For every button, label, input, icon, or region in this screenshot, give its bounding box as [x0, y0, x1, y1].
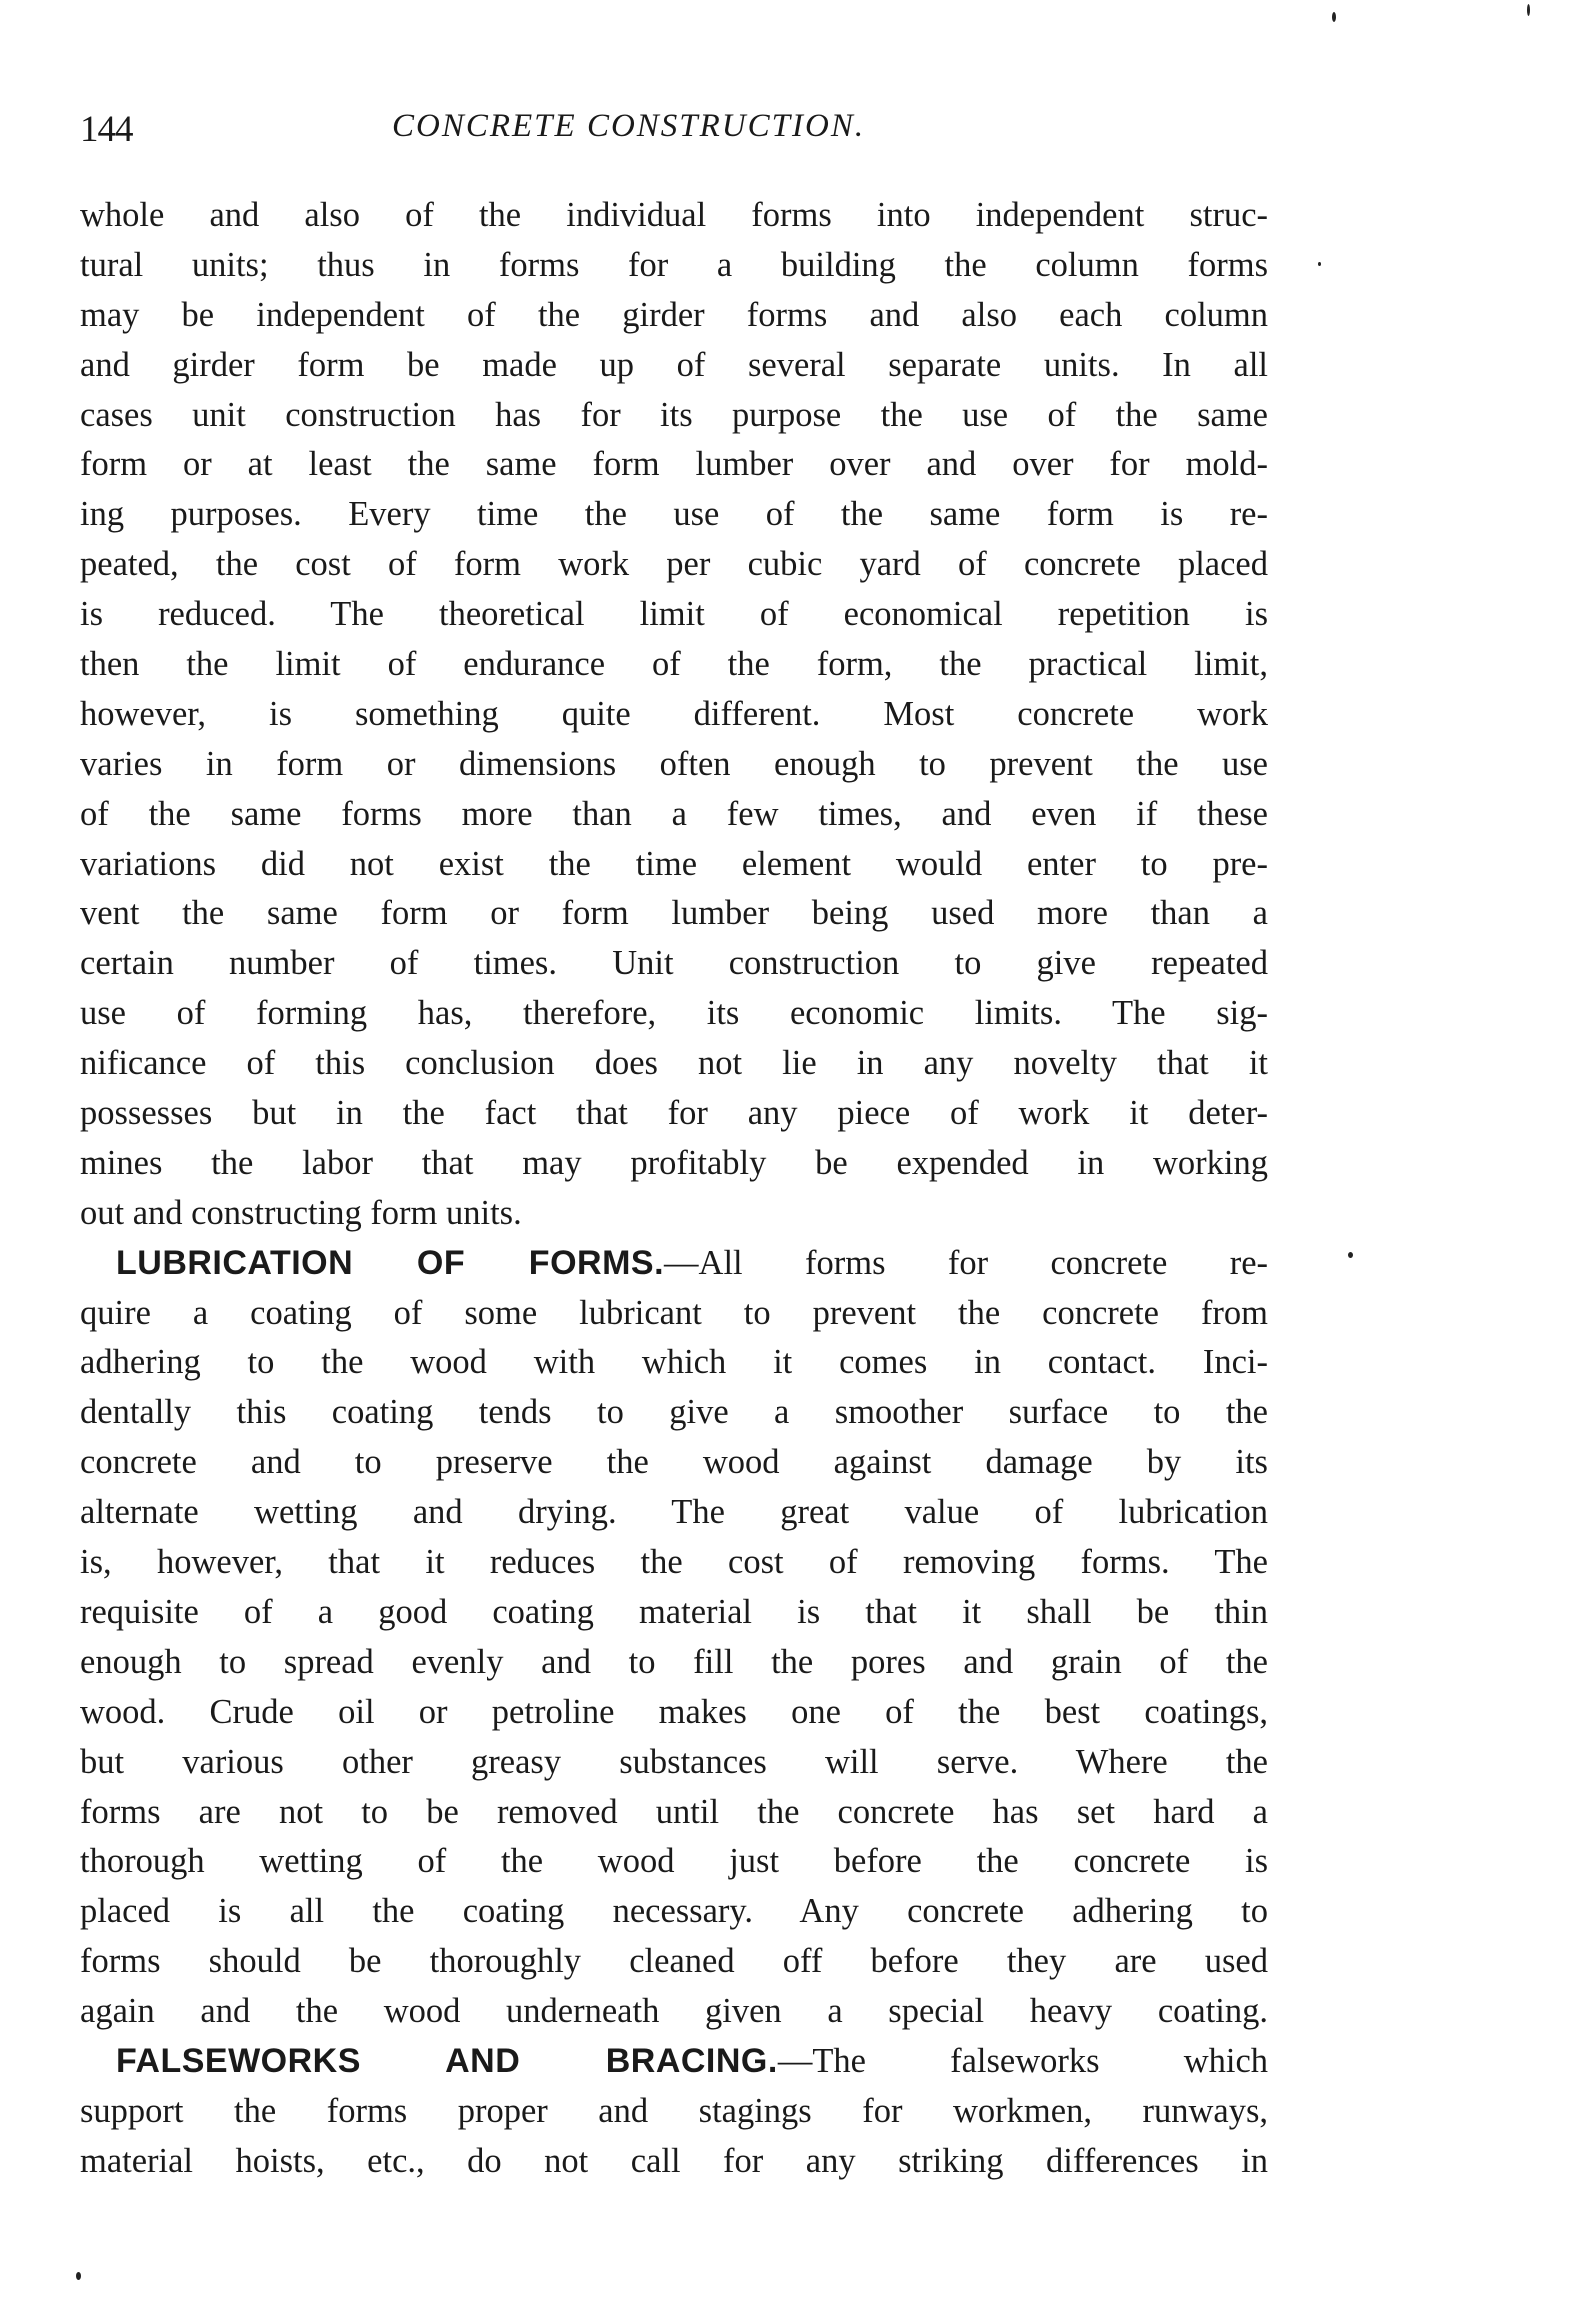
text-line: nificance of this conclusion does not li… [80, 1039, 1268, 1089]
paragraph-falseworks-and-bracing: FALSEWORKS AND BRACING.—The falseworks w… [80, 2037, 1268, 2187]
paragraph-lubrication-of-forms: LUBRICATION OF FORMS.—All forms for conc… [80, 1239, 1268, 2037]
text-line: and girder form be made up of several se… [80, 341, 1268, 391]
text-line: use of forming has, therefore, its econo… [80, 989, 1268, 1039]
text-line: requisite of a good coating material is … [80, 1588, 1268, 1638]
text-line: again and the wood underneath given a sp… [80, 1987, 1268, 2037]
text-line: cases unit construction has for its purp… [80, 391, 1268, 441]
text-line: however, is something quite different. M… [80, 690, 1268, 740]
text-line: then the limit of endurance of the form,… [80, 640, 1268, 690]
text-line: forms are not to be removed until the co… [80, 1788, 1268, 1838]
text-line: quire a coating of some lubricant to pre… [80, 1289, 1268, 1339]
text-line: enough to spread evenly and to fill the … [80, 1638, 1268, 1688]
text-line: dentally this coating tends to give a sm… [80, 1388, 1268, 1438]
scan-speck [76, 2272, 81, 2280]
text-line: support the forms proper and stagings fo… [80, 2087, 1268, 2137]
first-line-text: —All forms for concrete re- [664, 1244, 1268, 1282]
text-line: ing purposes. Every time the use of the … [80, 490, 1268, 540]
running-title: CONCRETE CONSTRUCTION. [392, 108, 865, 145]
text-line: concrete and to preserve the wood agains… [80, 1438, 1268, 1488]
section-first-line: FALSEWORKS AND BRACING.—The falseworks w… [80, 2037, 1268, 2087]
section-first-line: LUBRICATION OF FORMS.—All forms for conc… [80, 1239, 1268, 1289]
first-line-text: —The falseworks which [778, 2042, 1268, 2080]
running-head: 144 CONCRETE CONSTRUCTION. [80, 108, 1270, 158]
section-heading-lubrication: LUBRICATION OF FORMS. [116, 1244, 664, 1282]
text-line: may be independent of the girder forms a… [80, 291, 1268, 341]
scan-speck [1332, 12, 1336, 22]
section-heading-falseworks: FALSEWORKS AND BRACING. [116, 2042, 778, 2080]
scan-speck [1318, 262, 1321, 266]
text-line: is reduced. The theoretical limit of eco… [80, 590, 1268, 640]
text-line: possesses but in the fact that for any p… [80, 1089, 1268, 1139]
text-line: whole and also of the individual forms i… [80, 191, 1268, 241]
page-number: 144 [80, 108, 133, 151]
book-page: 144 CONCRETE CONSTRUCTION. whole and als… [0, 0, 1578, 2310]
body-text: whole and also of the individual forms i… [80, 191, 1268, 2187]
text-line: form or at least the same form lumber ov… [80, 440, 1268, 490]
scan-speck [1527, 4, 1530, 16]
text-line: but various other greasy substances will… [80, 1738, 1268, 1788]
text-line: is, however, that it reduces the cost of… [80, 1538, 1268, 1588]
text-line: tural units; thus in forms for a buildin… [80, 241, 1268, 291]
text-line: forms should be thoroughly cleaned off b… [80, 1937, 1268, 1987]
text-line: varies in form or dimensions often enoug… [80, 740, 1268, 790]
text-line: mines the labor that may profitably be e… [80, 1139, 1268, 1189]
text-line: adhering to the wood with which it comes… [80, 1338, 1268, 1388]
text-line: alternate wetting and drying. The great … [80, 1488, 1268, 1538]
text-line: material hoists, etc., do not call for a… [80, 2137, 1268, 2187]
text-line: peated, the cost of form work per cubic … [80, 540, 1268, 590]
text-line: wood. Crude oil or petroline makes one o… [80, 1688, 1268, 1738]
text-line: certain number of times. Unit constructi… [80, 939, 1268, 989]
text-line: placed is all the coating necessary. Any… [80, 1887, 1268, 1937]
text-line: thorough wetting of the wood just before… [80, 1837, 1268, 1887]
text-line: vent the same form or form lumber being … [80, 889, 1268, 939]
scan-speck [1348, 1252, 1353, 1258]
text-line: out and constructing form units. [80, 1189, 1268, 1239]
text-line: variations did not exist the time elemen… [80, 840, 1268, 890]
paragraph-unit-construction: whole and also of the individual forms i… [80, 191, 1268, 1239]
text-line: of the same forms more than a few times,… [80, 790, 1268, 840]
